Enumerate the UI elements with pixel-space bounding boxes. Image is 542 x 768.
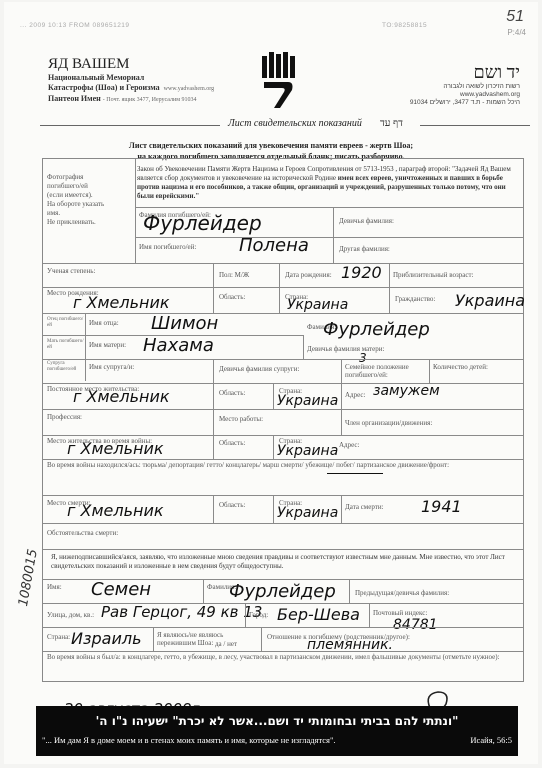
survivor-options[interactable]: да / нет <box>215 640 237 648</box>
residence-region-label: Область: <box>219 389 245 397</box>
submitter-first-name-label: Имя: <box>47 583 62 591</box>
form-title-ru: Лист свидетельских показаний <box>228 118 362 129</box>
residence-place[interactable]: г Хмельник <box>73 387 170 406</box>
work-label: Место работы: <box>219 415 263 423</box>
city-label: Город: <box>249 611 268 619</box>
profession-label: Профессия: <box>47 413 82 421</box>
member-label: Член организации/движения: <box>345 419 432 427</box>
status-underline <box>327 473 383 474</box>
marital-label: Семейное положение погибшего/ей: <box>345 363 425 379</box>
photo-instructions: Фотография погибшего/ей (если имеется). … <box>47 173 135 227</box>
banner-russian: "... Им дам Я в доме моем и в стенах мои… <box>42 735 336 745</box>
residence-address-label: Адрес: <box>345 391 365 399</box>
logo-ru-line3: Пантеон Имен <box>48 94 101 103</box>
birth-place[interactable]: г Хмельник <box>73 293 170 312</box>
isaiah-quote-banner: "ונתתי להם בביתי ובחומותי יד ושם...אשר ל… <box>36 706 518 756</box>
approx-age-label: Приблизительный возраст: <box>393 271 473 279</box>
father-side-label: Отец погибшего/ей <box>47 317 85 329</box>
submitter-first-name[interactable]: Семен <box>91 579 151 600</box>
mother-maiden-label: Девичья фамилия матери: <box>307 345 384 353</box>
submitter-city[interactable]: Бер-Шева <box>277 605 360 624</box>
residence-country[interactable]: Украина <box>277 393 338 409</box>
logo-hebrew: יד ושם רשות הזיכרון לשואה ולגבורה www.ya… <box>410 62 520 107</box>
logo-he-line1: רשות הזיכרון לשואה ולגבורה <box>410 83 520 91</box>
law-text: Закон об Увековечении Памяти Жертв Нациз… <box>137 165 517 201</box>
mother-name[interactable]: Нахама <box>143 335 214 356</box>
logo-ru-line2: Катастрофы (Шоа) и Героизма <box>48 83 160 92</box>
father-name[interactable]: Шимон <box>151 313 218 334</box>
maiden-label: Девичья фамилия: <box>339 217 394 225</box>
banner-source: Исайя, 56:5 <box>470 735 512 745</box>
wartime-address-label: Адрес: <box>339 441 359 449</box>
birth-date[interactable]: 1920 <box>341 263 382 282</box>
submitter-country-label: Страна: <box>47 633 70 641</box>
prev-surname-label: Предыдущая/девичья фамилия: <box>355 589 449 597</box>
father-name-label: Имя отца: <box>89 319 119 327</box>
wartime-region-label: Область: <box>219 439 245 447</box>
handwritten-page-number: 51 <box>506 8 524 26</box>
victim-surname[interactable]: Фурлейдер <box>143 211 262 235</box>
spouse-maiden-label: Девичья фамилия супруги: <box>219 365 299 373</box>
form-title-he: דף עד <box>380 118 403 129</box>
submitter-street[interactable]: Рав Герцог, 49 кв 13 <box>101 603 262 621</box>
victim-first-name[interactable]: Полена <box>239 235 309 256</box>
logo-ru-line1: Национальный Мемориал <box>48 73 214 83</box>
residence-address[interactable]: замужем <box>373 383 440 399</box>
fax-header-right: TO:98258815 <box>382 22 427 29</box>
title-rule-left <box>40 125 220 126</box>
mother-side-label: Мать погибшего/ей <box>47 339 85 351</box>
logo-he-line2: www.yadvashem.org <box>410 91 520 99</box>
logo-ru-website: www.yadvashem.org <box>164 86 215 92</box>
street-label: Улица, дом, кв.: <box>47 611 94 619</box>
sex-label: Пол: М/Ж <box>219 271 249 279</box>
submitter-zip[interactable]: 84781 <box>393 617 438 633</box>
fax-header-left: ... 2009 10:13 FROM 089651219 <box>20 22 130 29</box>
citizenship[interactable]: Украина <box>455 291 525 310</box>
death-date[interactable]: 1941 <box>421 497 462 516</box>
intro-line1: Лист свидетельских показаний для увекове… <box>0 140 542 151</box>
children-label: Количество детей: <box>433 363 493 371</box>
birth-country[interactable]: Украина <box>287 297 348 313</box>
banner-hebrew: "ונתתי להם בביתי ובחומותי יד ושם...אשר ל… <box>36 714 518 728</box>
declaration-text: Я, нижеподписавшийся/аяся, заявляю, что … <box>51 553 519 571</box>
title-rule-right <box>420 125 530 126</box>
testimony-form: Фотография погибшего/ей (если имеется). … <box>42 158 524 682</box>
logo-he-line3: היכל השמות - ת.ד 3477, ירושלים 91034 <box>410 99 520 107</box>
wartime-place[interactable]: г Хмельник <box>67 439 164 458</box>
wartime-status: Во время войны находился/ась: тюрьма/ де… <box>47 461 517 469</box>
logo-he-name: יד ושם <box>410 62 520 83</box>
circumstances-label: Обстоятельства смерти: <box>47 529 118 537</box>
death-place[interactable]: г Хмельник <box>67 501 164 520</box>
death-date-label: Дата смерти: <box>345 503 384 511</box>
father-surname[interactable]: Фурлейдер <box>323 319 430 340</box>
zip-label: Почтовый индекс: <box>373 609 427 617</box>
logo-russian: ЯД ВАШЕМ Национальный Мемориал Катастроф… <box>48 56 214 105</box>
birth-date-label: Дата рождения: <box>285 271 332 279</box>
survivor-label: Я являюсь/не являюсь пережившим Шоа: <box>157 631 257 647</box>
logo-ru-name: ЯД ВАШЕМ <box>48 56 214 73</box>
divider <box>135 159 136 263</box>
logo-ru-address: - Почт. ящик 3477, Иерусалим 91034 <box>103 97 197 103</box>
spouse-side-label: Супруга погибшего/ей <box>47 361 85 373</box>
mother-name-label: Имя матери: <box>89 341 126 349</box>
first-name-label: Имя погибшего/ей: <box>139 243 196 251</box>
submitter-surname[interactable]: Фурлейдер <box>229 581 336 602</box>
citizenship-label: Гражданство: <box>395 295 435 303</box>
yad-vashem-emblem-icon <box>258 52 300 110</box>
submitter-wartime: Во время войны я был/а: в концлагере, ге… <box>47 653 517 661</box>
spouse-name-label: Имя супруга/и: <box>89 363 134 371</box>
death-country[interactable]: Украина <box>277 505 338 521</box>
death-region-label: Область: <box>219 501 245 509</box>
degree-label: Ученая степень: <box>47 267 95 275</box>
form-title-bar: Лист свидетельских показаний דף עד <box>40 118 532 132</box>
submitter-country[interactable]: Израиль <box>71 629 142 648</box>
fax-page-count: P:4/4 <box>507 28 526 37</box>
other-surname-label: Другая фамилия: <box>339 245 390 253</box>
region-label: Область: <box>219 293 245 301</box>
wartime-country[interactable]: Украина <box>277 443 338 459</box>
